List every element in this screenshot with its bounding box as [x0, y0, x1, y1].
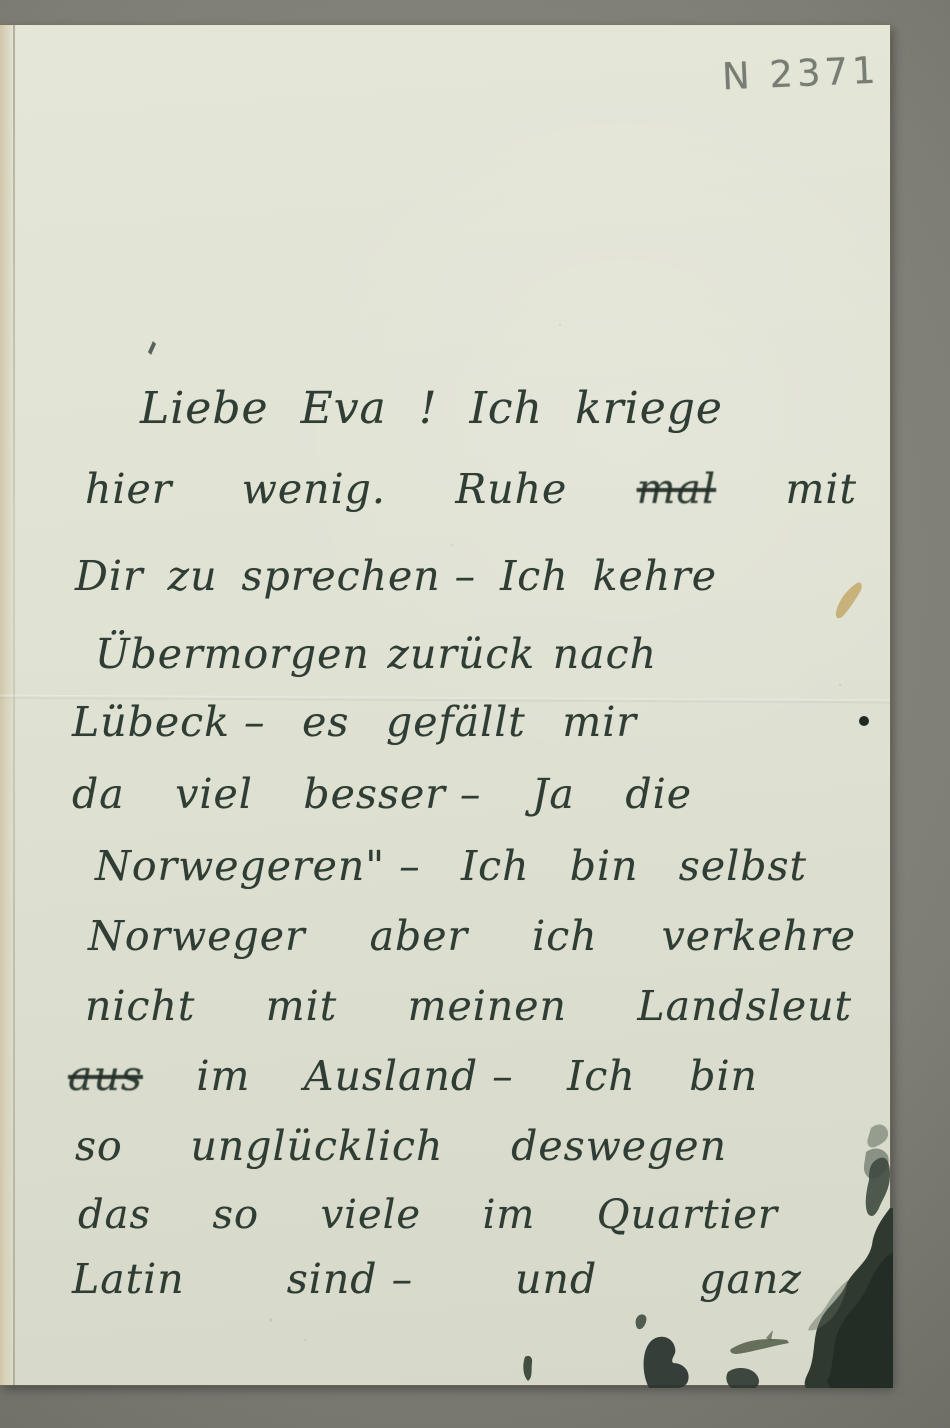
- letter-word: Dir: [75, 552, 144, 600]
- letter-line-1: LiebeEva!Ichkriege: [140, 383, 723, 434]
- letter-word: kehre: [593, 552, 717, 600]
- letter-line-2: hierwenig.Ruhemalmit: [85, 465, 857, 513]
- letter-word: mit: [266, 982, 337, 1030]
- letter-word: Ja: [532, 770, 575, 818]
- letter-word: Landsleut: [637, 982, 852, 1030]
- letter-word: Ich: [567, 1052, 636, 1100]
- letter-word: Ich: [461, 842, 530, 890]
- letter-word: im: [483, 1192, 536, 1238]
- letter-word: Quartier: [597, 1192, 778, 1238]
- letter-word: im: [196, 1052, 250, 1100]
- letter-word: deswegen: [511, 1122, 727, 1170]
- letter-word: gefällt: [386, 698, 526, 746]
- letter-word: das: [78, 1192, 151, 1238]
- letter-word: besser –: [303, 770, 481, 818]
- letter-word: so: [212, 1192, 259, 1238]
- letter-word: und: [515, 1255, 597, 1303]
- letter-word: Übermorgen: [95, 630, 370, 678]
- letter-line-5: Lübeck –esgefälltmir: [72, 698, 637, 746]
- letter-word: meinen: [408, 982, 567, 1030]
- struck-word: aus: [68, 1052, 143, 1100]
- letter-word: nicht: [85, 982, 195, 1030]
- letter-body: LiebeEva!Ichkriegehierwenig.RuhemalmitDi…: [0, 0, 950, 1428]
- letter-word: ganz: [699, 1255, 802, 1303]
- letter-word: aber: [370, 912, 469, 960]
- letter-line-10: ausimAusland –Ichbin: [68, 1052, 758, 1100]
- letter-word: so: [75, 1122, 123, 1170]
- letter-word: Liebe: [140, 383, 269, 434]
- letter-word: Ausland –: [304, 1052, 514, 1100]
- letter-word: zu: [168, 552, 218, 600]
- letter-word: bin: [570, 842, 639, 890]
- letter-word: ich: [532, 912, 597, 960]
- letter-word: wenig.: [242, 465, 386, 513]
- letter-word: viel: [175, 770, 253, 818]
- letter-line-6: davielbesser –Jadie: [72, 770, 692, 818]
- letter-line-9: nichtmitmeinenLandsleut: [85, 982, 852, 1030]
- letter-word: sprechen –: [241, 552, 476, 600]
- letter-word: Ich: [470, 383, 543, 434]
- letter-word: nach: [553, 630, 657, 678]
- letter-word: selbst: [679, 842, 807, 890]
- letter-line-11: sounglücklichdeswegen: [75, 1122, 727, 1170]
- letter-word: Eva: [301, 383, 387, 434]
- letter-word: Norweger: [88, 912, 306, 960]
- letter-word: Latin: [72, 1255, 185, 1303]
- letter-word: es: [302, 698, 349, 746]
- letter-word: mit: [786, 465, 857, 513]
- letter-word: sind –: [287, 1255, 413, 1303]
- letter-word: Ruhe: [455, 465, 567, 513]
- letter-line-4: Übermorgenzurücknach: [95, 630, 657, 678]
- letter-word: Lübeck –: [72, 698, 265, 746]
- scanned-letter-photo: { "document": { "kind": "Handwritten let…: [0, 0, 950, 1428]
- letter-word: hier: [85, 465, 172, 513]
- letter-word: verkehre: [662, 912, 856, 960]
- letter-line-3: Dirzusprechen –Ichkehre: [75, 552, 717, 600]
- letter-word: Norwegeren" –: [95, 842, 421, 890]
- letter-word: mir: [562, 698, 637, 746]
- letter-word: bin: [689, 1052, 758, 1100]
- letter-word: unglücklich: [190, 1122, 443, 1170]
- letter-word: Ich: [500, 552, 569, 600]
- letter-word: viele: [321, 1192, 422, 1238]
- letter-line-8: Norwegeraberichverkehre: [88, 912, 856, 960]
- letter-word: die: [625, 770, 692, 818]
- letter-word: !: [419, 383, 438, 434]
- letter-line-7: Norwegeren" –Ichbinselbst: [95, 842, 807, 890]
- letter-word: zurück: [387, 630, 535, 678]
- letter-line-13: Latinsind –undganz: [72, 1255, 802, 1303]
- letter-line-12: dassovieleimQuartier: [78, 1192, 778, 1238]
- letter-word: kriege: [575, 383, 723, 434]
- letter-word: da: [72, 770, 125, 818]
- struck-word: mal: [637, 465, 716, 513]
